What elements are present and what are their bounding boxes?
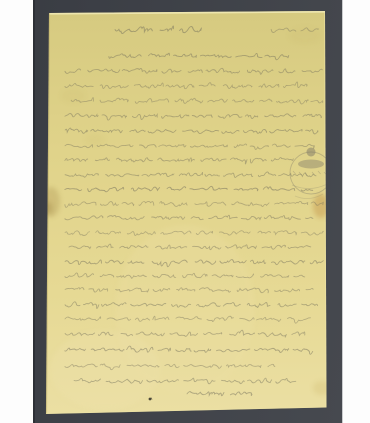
stamp-bust-shoulders-icon bbox=[298, 160, 324, 169]
paper-stain bbox=[313, 381, 331, 395]
paper-stain bbox=[50, 330, 160, 410]
scanned-letter-view bbox=[0, 0, 370, 423]
paper-stain bbox=[61, 89, 85, 103]
letter-svg bbox=[35, 0, 345, 423]
letter-photograph bbox=[33, 0, 343, 423]
paper-stain bbox=[42, 187, 60, 217]
paper-stain bbox=[85, 134, 105, 146]
stamp-bust-head-icon bbox=[307, 148, 316, 157]
paper-stain bbox=[44, 202, 53, 214]
